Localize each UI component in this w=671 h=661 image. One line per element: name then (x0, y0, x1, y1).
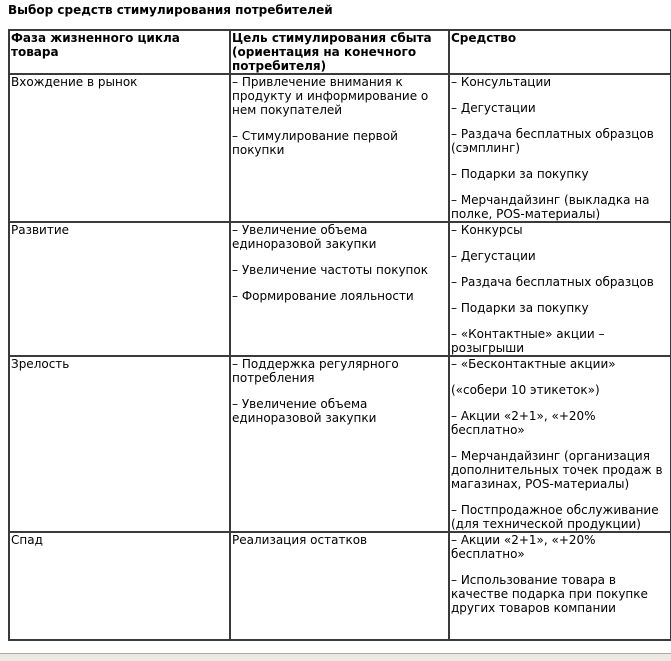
header-means: Средство (449, 30, 671, 74)
goal-item: – Поддержка регулярного потребления (232, 357, 447, 385)
means-item: – «Контактные» акции – розыгрыши (451, 327, 669, 355)
phase-cell: Спад (9, 532, 230, 640)
table-header-row: Фаза жизненного цикла товара Цель стимул… (9, 30, 671, 74)
means-item: («собери 10 этикеток») (451, 383, 669, 397)
table-row: Зрелость – Поддержка регулярного потребл… (9, 356, 671, 532)
window-bottom-bar (0, 653, 671, 661)
table-row: Развитие – Увеличение объема единоразово… (9, 222, 671, 356)
means-item: – Акции «2+1», «+20% бесплатно» (451, 533, 669, 561)
header-goal: Цель стимулирования сбыта (ориентация на… (230, 30, 449, 74)
means-item: – Подарки за покупку (451, 301, 669, 315)
means-item: – Раздача бесплатных образцов (сэмплинг) (451, 127, 669, 155)
means-item: – Дегустации (451, 249, 669, 263)
means-item: – Раздача бесплатных образцов (451, 275, 669, 289)
phase-text: Зрелость (11, 357, 228, 371)
means-cell: – «Бесконтактные акции» («собери 10 этик… (449, 356, 671, 532)
goal-item: – Увеличение частоты покупок (232, 263, 447, 277)
goal-item: – Формирование лояльности (232, 289, 447, 303)
goal-item: – Увеличение объема единоразовой закупки (232, 397, 447, 425)
goal-cell: – Привлечение внимания к продукту и инфо… (230, 74, 449, 222)
means-item: – Подарки за покупку (451, 167, 669, 181)
means-item: – «Бесконтактные акции» (451, 357, 669, 371)
goal-cell: Реализация остатков (230, 532, 449, 640)
goal-item: – Увеличение объема единоразовой закупки (232, 223, 447, 251)
means-item: – Использование товара в качестве подарк… (451, 573, 669, 615)
means-cell: – Консультации – Дегустации – Раздача бе… (449, 74, 671, 222)
table-row: Вхождение в рынок – Привлечение внимания… (9, 74, 671, 222)
goal-item: – Стимулирование первой покупки (232, 129, 447, 157)
means-item: – Конкурсы (451, 223, 669, 237)
phase-cell: Вхождение в рынок (9, 74, 230, 222)
means-item: – Постпродажное обслуживание (для технич… (451, 503, 669, 531)
header-phase: Фаза жизненного цикла товара (9, 30, 230, 74)
phase-text: Спад (11, 533, 228, 547)
phase-cell: Развитие (9, 222, 230, 356)
consumer-stimulation-table: Фаза жизненного цикла товара Цель стимул… (8, 29, 671, 641)
means-item: – Мерчандайзинг (выкладка на полке, POS-… (451, 193, 669, 221)
means-item: – Дегустации (451, 101, 669, 115)
table-row: Спад Реализация остатков – Акции «2+1», … (9, 532, 671, 640)
means-item: – Акции «2+1», «+20% бесплатно» (451, 409, 669, 437)
page-title: Выбор средств стимулирования потребителе… (8, 3, 333, 17)
phase-text: Вхождение в рынок (11, 75, 228, 89)
phase-cell: Зрелость (9, 356, 230, 532)
means-item: – Мерчандайзинг (организация дополнитель… (451, 449, 669, 491)
goal-item: Реализация остатков (232, 533, 447, 547)
phase-text: Развитие (11, 223, 228, 237)
goal-item: – Привлечение внимания к продукту и инфо… (232, 75, 447, 117)
means-cell: – Акции «2+1», «+20% бесплатно» – Исполь… (449, 532, 671, 640)
means-item: – Консультации (451, 75, 669, 89)
means-cell: – Конкурсы – Дегустации – Раздача беспла… (449, 222, 671, 356)
goal-cell: – Поддержка регулярного потребления – Ув… (230, 356, 449, 532)
goal-cell: – Увеличение объема единоразовой закупки… (230, 222, 449, 356)
